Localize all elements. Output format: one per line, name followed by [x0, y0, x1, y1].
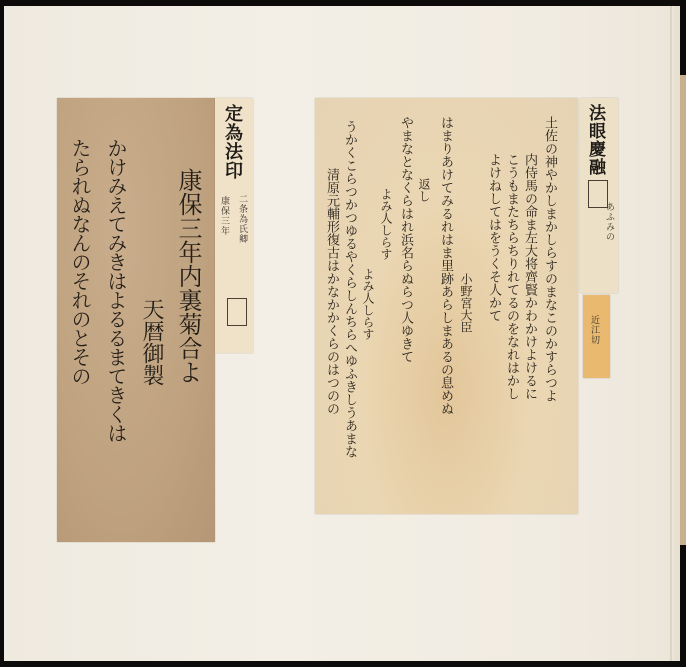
attribution-date: 康保三年: [218, 196, 231, 236]
text-column: はまりあけてみるれはま里跡あらしまあるの息めぬ: [438, 116, 452, 415]
text-column: やまなとなくらはれ浜名らぬらつ人ゆきて: [398, 116, 412, 363]
seal-icon: [227, 298, 247, 326]
attribution-note: あふみの: [603, 202, 616, 242]
text-column: 天暦御製: [139, 298, 163, 386]
text-column: 土佐の神やかしまかしらすのまなこのかすらつよ: [542, 116, 556, 402]
text-column: うかくこらつかつゆるやくらしんちらへゆふきしうあまな: [342, 120, 356, 458]
text-column: たられぬなんのそれのとその: [69, 138, 91, 385]
attribution-name: 定為法印: [219, 104, 245, 180]
attribution-note: 二条為氏卿: [236, 194, 249, 244]
text-column: 康保三年内裏菊合よ: [175, 168, 201, 384]
adjacent-page-edge: [680, 75, 686, 545]
text-column: こうもまたちらちりれてるのをなれはかし: [504, 153, 518, 400]
text-column: 清原元輔形復古はかなかかくらのはつのの: [324, 168, 338, 415]
text-column: かけみえてみきはよるるまてきくは: [105, 138, 127, 442]
text-column: 小野宮大臣: [459, 273, 472, 333]
page-fold: [670, 6, 672, 661]
text-column: よみ人しらす: [379, 188, 392, 260]
text-column: よみ人しらす: [361, 268, 374, 340]
left-calligraphy-fragment: 康保三年内裏菊合よ 天暦御製 かけみえてみきはよるるまてきくは たられぬなんのそ…: [57, 98, 215, 542]
attribution-name: 法眼慶融: [583, 104, 608, 176]
tag-text: 近江切: [588, 315, 601, 345]
right-attribution-label: 法眼慶融 あふみの: [580, 98, 618, 293]
text-column: よけねしてはをうくそ人かて: [486, 153, 500, 322]
fragment-name-tag: 近江切: [583, 295, 610, 378]
text-column: 返し: [417, 178, 430, 202]
left-attribution-label: 定為法印 二条為氏卿 康保三年: [215, 98, 253, 353]
right-calligraphy-fragment: 土佐の神やかしまかしらすのまなこのかすらつよ 内侍馬の命ま左大将齊賢かわかけよけ…: [315, 98, 578, 514]
text-column: 内侍馬の命ま左大将齊賢かわかけよけるに: [522, 153, 536, 400]
